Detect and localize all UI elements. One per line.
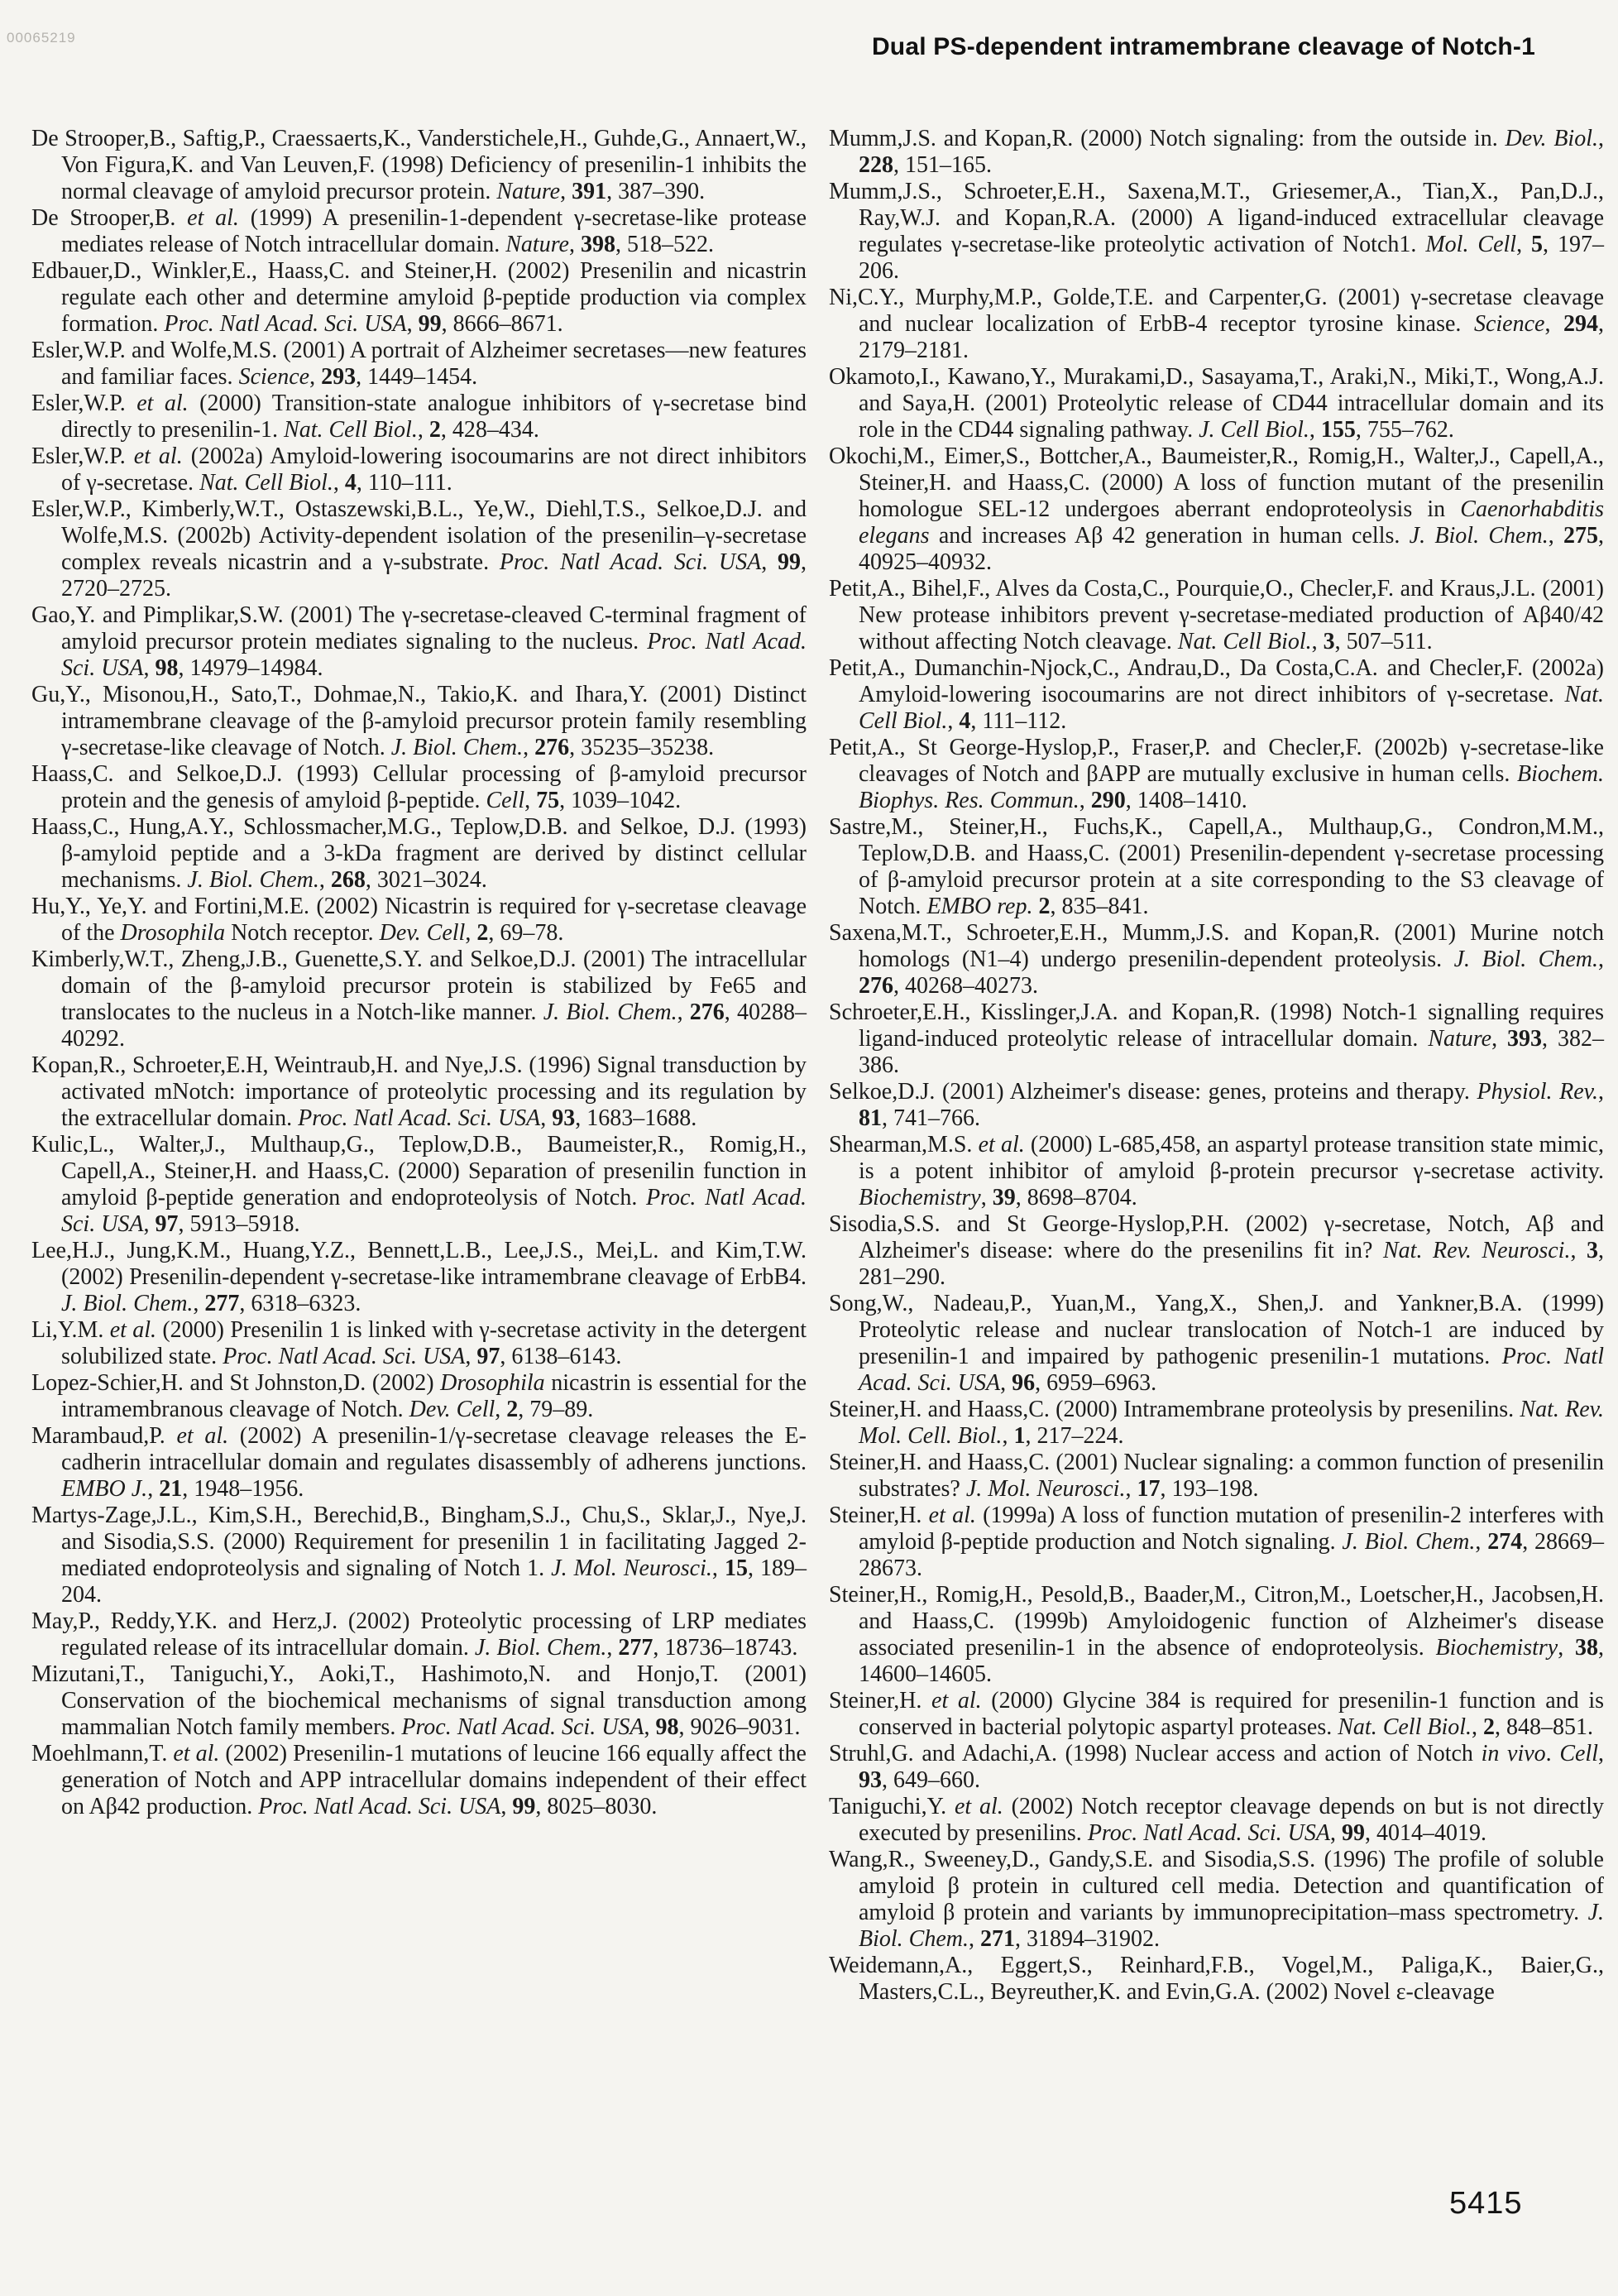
reference-item: De Strooper,B. et al. (1999) A presenili… bbox=[31, 205, 807, 258]
reference-item: Gao,Y. and Pimplikar,S.W. (2001) The γ-s… bbox=[31, 602, 807, 682]
reference-item: Steiner,H. and Haass,C. (2000) Intramemb… bbox=[829, 1397, 1604, 1450]
reference-item: Mumm,J.S., Schroeter,E.H., Saxena,M.T., … bbox=[829, 179, 1604, 285]
reference-item: Selkoe,D.J. (2001) Alzheimer's disease: … bbox=[829, 1079, 1604, 1132]
reference-item: Steiner,H. and Haass,C. (2001) Nuclear s… bbox=[829, 1450, 1604, 1503]
reference-item: Esler,W.P. et al. (2002a) Amyloid-loweri… bbox=[31, 443, 807, 496]
reference-item: Petit,A., Bihel,F., Alves da Costa,C., P… bbox=[829, 576, 1604, 655]
reference-item: Petit,A., Dumanchin-Njock,C., Andrau,D.,… bbox=[829, 655, 1604, 735]
reference-item: Kimberly,W.T., Zheng,J.B., Guenette,S.Y.… bbox=[31, 947, 807, 1052]
reference-item: Lopez-Schier,H. and St Johnston,D. (2002… bbox=[31, 1370, 807, 1423]
reference-item: May,P., Reddy,Y.K. and Herz,J. (2002) Pr… bbox=[31, 1608, 807, 1661]
reference-item: Okochi,M., Eimer,S., Bottcher,A., Baumei… bbox=[829, 443, 1604, 576]
running-head: Dual PS-dependent intramembrane cleavage… bbox=[827, 33, 1535, 61]
reference-item: Li,Y.M. et al. (2000) Presenilin 1 is li… bbox=[31, 1317, 807, 1370]
reference-item: Petit,A., St George-Hyslop,P., Fraser,P.… bbox=[829, 735, 1604, 814]
reference-item: Lee,H.J., Jung,K.M., Huang,Y.Z., Bennett… bbox=[31, 1238, 807, 1317]
reference-item: Shearman,M.S. et al. (2000) L-685,458, a… bbox=[829, 1132, 1604, 1211]
references-column-left: De Strooper,B., Saftig,P., Craessaerts,K… bbox=[31, 126, 807, 1820]
reference-item: Esler,W.P., Kimberly,W.T., Ostaszewski,B… bbox=[31, 496, 807, 602]
reference-item: Wang,R., Sweeney,D., Gandy,S.E. and Siso… bbox=[829, 1847, 1604, 1953]
reference-item: Martys-Zage,J.L., Kim,S.H., Berechid,B.,… bbox=[31, 1503, 807, 1608]
references-column-right: Mumm,J.S. and Kopan,R. (2000) Notch sign… bbox=[829, 126, 1604, 2006]
reference-item: Sisodia,S.S. and St George-Hyslop,P.H. (… bbox=[829, 1211, 1604, 1291]
reference-item: Taniguchi,Y. et al. (2002) Notch recepto… bbox=[829, 1794, 1604, 1847]
reference-item: Haass,C. and Selkoe,D.J. (1993) Cellular… bbox=[31, 761, 807, 814]
reference-item: Steiner,H., Romig,H., Pesold,B., Baader,… bbox=[829, 1582, 1604, 1688]
reference-item: Saxena,M.T., Schroeter,E.H., Mumm,J.S. a… bbox=[829, 920, 1604, 999]
scan-id-label: 00065219 bbox=[7, 30, 76, 46]
reference-item: Kopan,R., Schroeter,E.H, Weintraub,H. an… bbox=[31, 1052, 807, 1132]
reference-item: Esler,W.P. et al. (2000) Transition-stat… bbox=[31, 391, 807, 443]
page-number: 5415 bbox=[1449, 2186, 1523, 2222]
reference-item: Marambaud,P. et al. (2002) A presenilin-… bbox=[31, 1423, 807, 1503]
reference-item: Okamoto,I., Kawano,Y., Murakami,D., Sasa… bbox=[829, 364, 1604, 443]
reference-item: Song,W., Nadeau,P., Yuan,M., Yang,X., Sh… bbox=[829, 1291, 1604, 1397]
reference-item: Esler,W.P. and Wolfe,M.S. (2001) A portr… bbox=[31, 338, 807, 391]
reference-item: Steiner,H. et al. (1999a) A loss of func… bbox=[829, 1503, 1604, 1582]
reference-item: Gu,Y., Misonou,H., Sato,T., Dohmae,N., T… bbox=[31, 682, 807, 761]
reference-item: De Strooper,B., Saftig,P., Craessaerts,K… bbox=[31, 126, 807, 205]
reference-item: Schroeter,E.H., Kisslinger,J.A. and Kopa… bbox=[829, 999, 1604, 1079]
reference-item: Struhl,G. and Adachi,A. (1998) Nuclear a… bbox=[829, 1741, 1604, 1794]
reference-item: Weidemann,A., Eggert,S., Reinhard,F.B., … bbox=[829, 1953, 1604, 2006]
reference-item: Mumm,J.S. and Kopan,R. (2000) Notch sign… bbox=[829, 126, 1604, 179]
reference-item: Haass,C., Hung,A.Y., Schlossmacher,M.G.,… bbox=[31, 814, 807, 894]
reference-item: Steiner,H. et al. (2000) Glycine 384 is … bbox=[829, 1688, 1604, 1741]
reference-item: Hu,Y., Ye,Y. and Fortini,M.E. (2002) Nic… bbox=[31, 894, 807, 947]
reference-item: Edbauer,D., Winkler,E., Haass,C. and Ste… bbox=[31, 258, 807, 338]
reference-item: Mizutani,T., Taniguchi,Y., Aoki,T., Hash… bbox=[31, 1661, 807, 1741]
reference-item: Ni,C.Y., Murphy,M.P., Golde,T.E. and Car… bbox=[829, 285, 1604, 364]
reference-item: Moehlmann,T. et al. (2002) Presenilin-1 … bbox=[31, 1741, 807, 1820]
reference-item: Kulic,L., Walter,J., Multhaup,G., Teplow… bbox=[31, 1132, 807, 1238]
reference-item: Sastre,M., Steiner,H., Fuchs,K., Capell,… bbox=[829, 814, 1604, 920]
